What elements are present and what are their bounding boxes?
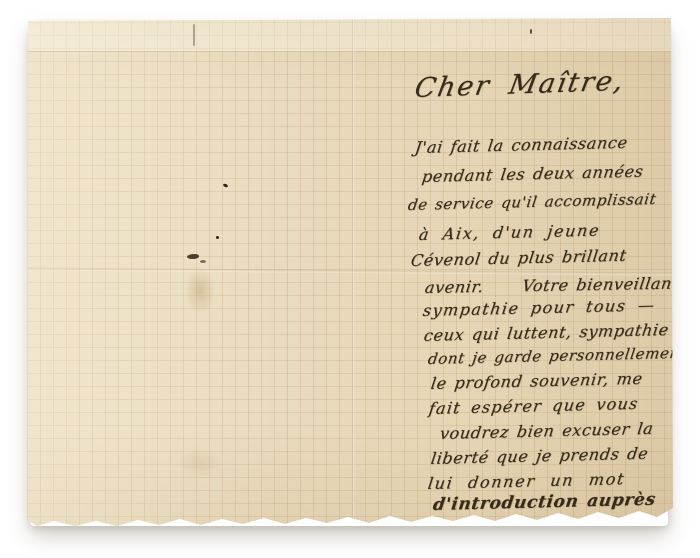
handwriting-line: à Aix, d'un jeune: [418, 221, 602, 244]
handwriting-line: Cévenol du plus brillant: [410, 246, 628, 270]
handwriting-line: de service qu'il accomplissait: [407, 190, 658, 214]
ink-blot: [187, 254, 199, 259]
handwriting-line: liberté que je prends de: [430, 444, 650, 468]
handwriting-line: lui donner un mot: [427, 469, 627, 493]
letter-photograph: Cher Maître, J'ai fait la connaissance p…: [0, 0, 700, 558]
pen-mark: [193, 24, 195, 46]
handwriting-salutation: Cher Maître,: [412, 66, 627, 104]
handwriting-line: pendant les deux années: [421, 162, 645, 186]
handwriting-line: d'introduction auprès: [432, 490, 657, 515]
handwriting-line: ceux qui luttent, sympathie: [423, 320, 670, 345]
center-fold-line: [352, 18, 355, 530]
paper-stain: [177, 448, 223, 478]
top-fold-crease: [27, 18, 673, 52]
ink-spot: [223, 183, 229, 188]
letter-sheet: Cher Maître, J'ai fait la connaissance p…: [27, 18, 673, 530]
paper-stain: [185, 268, 215, 314]
handwriting-line: le profond souvenir, me: [430, 369, 644, 393]
handwriting-line: sympathie pour tous —: [422, 295, 657, 320]
handwriting-line: fait espérer que vous: [428, 394, 640, 418]
handwriting-line: J'ai fait la connaissance: [414, 133, 629, 157]
ink-spot: [216, 236, 219, 239]
handwriting-line: dont je garde personnellement: [427, 344, 688, 368]
handwriting-line: voudrez bien excuser la: [439, 419, 655, 443]
horizontal-crease: [27, 267, 673, 275]
ink-spot: [530, 29, 532, 34]
ink-spot: [200, 260, 206, 263]
handwriting-line: avenir. Votre bienveillante: [424, 273, 691, 297]
